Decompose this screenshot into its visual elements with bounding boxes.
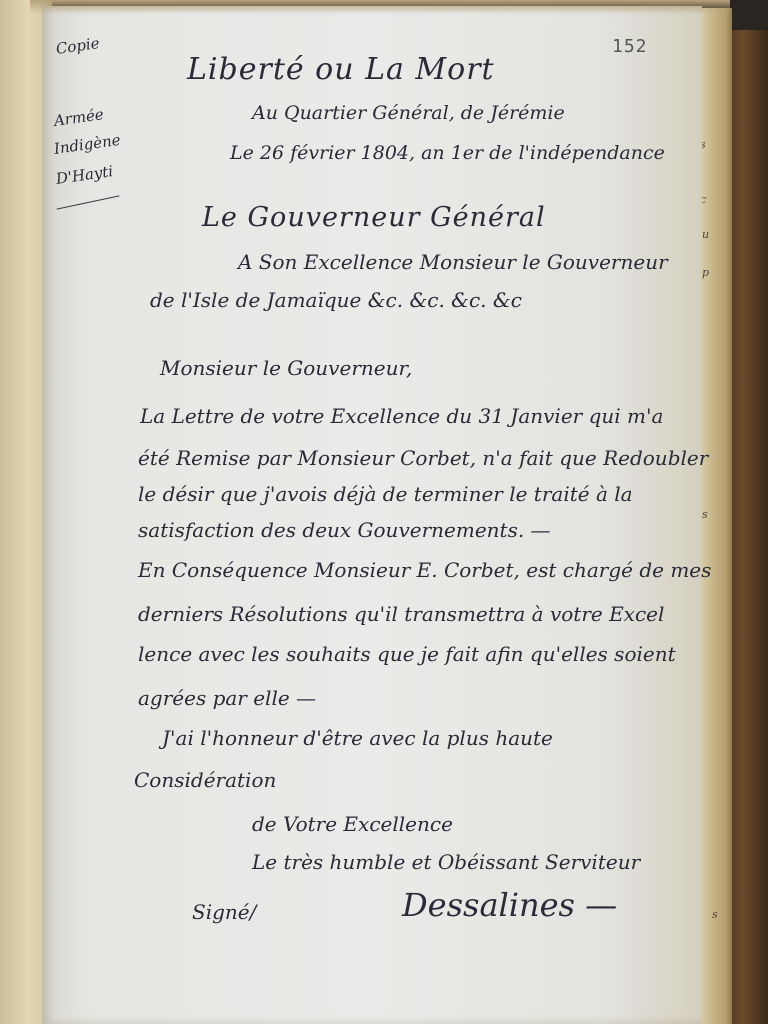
header-date: Le 26 février 1804, an 1er de l'indépend… — [230, 142, 665, 164]
valediction-line-2: Le très humble et Obéissant Serviteur — [252, 850, 640, 874]
body-line-1: La Lettre de votre Excellence du 31 Janv… — [140, 404, 663, 428]
edge-mark: s — [712, 908, 718, 921]
edge-mark: p — [702, 266, 709, 279]
edge-mark: u — [702, 228, 709, 241]
margin-underline — [57, 195, 120, 209]
margin-note-copie: Copie — [55, 34, 101, 58]
signed-label: Signé/ — [192, 900, 256, 924]
motto: Liberté ou La Mort — [187, 52, 495, 87]
margin-note-armee: Armée — [53, 105, 105, 130]
signature: Dessalines — — [402, 886, 617, 924]
book-photo: s c u p s s 152 Copie Armée Indigène D'H… — [0, 0, 768, 1024]
valediction-line-1: de Votre Excellence — [252, 812, 453, 836]
body-line-7: lence avec les souhaits que je fait afin… — [138, 642, 676, 666]
body-line-2: été Remise par Monsieur Corbet, n'a fait… — [138, 446, 708, 470]
margin-note-indigene: Indigène — [53, 131, 122, 158]
addressee-line-1: A Son Excellence Monsieur le Gouverneur — [238, 250, 668, 274]
body-line-4: satisfaction des deux Gouvernements. — — [138, 518, 551, 542]
body-line-8: agrées par elle — — [138, 686, 316, 710]
addressee-line-2: de l'Isle de Jamaïque &c. &c. &c. &c — [150, 288, 522, 312]
body-line-5: En Conséquence Monsieur E. Corbet, est c… — [138, 558, 711, 582]
sender-title: Le Gouverneur Général — [202, 202, 546, 233]
edge-mark: s — [702, 508, 708, 521]
body-line-3: le désir que j'avois déjà de terminer le… — [138, 482, 633, 506]
closing-line-2: Considération — [134, 768, 276, 792]
body-line-6: derniers Résolutions qu'il transmettra à… — [138, 602, 664, 626]
book-binding — [726, 30, 768, 1024]
salutation: Monsieur le Gouverneur, — [160, 356, 412, 380]
margin-note-hayti: D'Hayti — [55, 162, 114, 188]
header-location: Au Quartier Général, de Jérémie — [252, 102, 565, 124]
page-number: 152 — [612, 36, 648, 57]
page-top-shadow — [30, 0, 730, 14]
closing-line-1: J'ai l'honneur d'être avec la plus haute — [162, 726, 553, 750]
manuscript-page: 152 Copie Armée Indigène D'Hayti Liberté… — [42, 6, 702, 1024]
